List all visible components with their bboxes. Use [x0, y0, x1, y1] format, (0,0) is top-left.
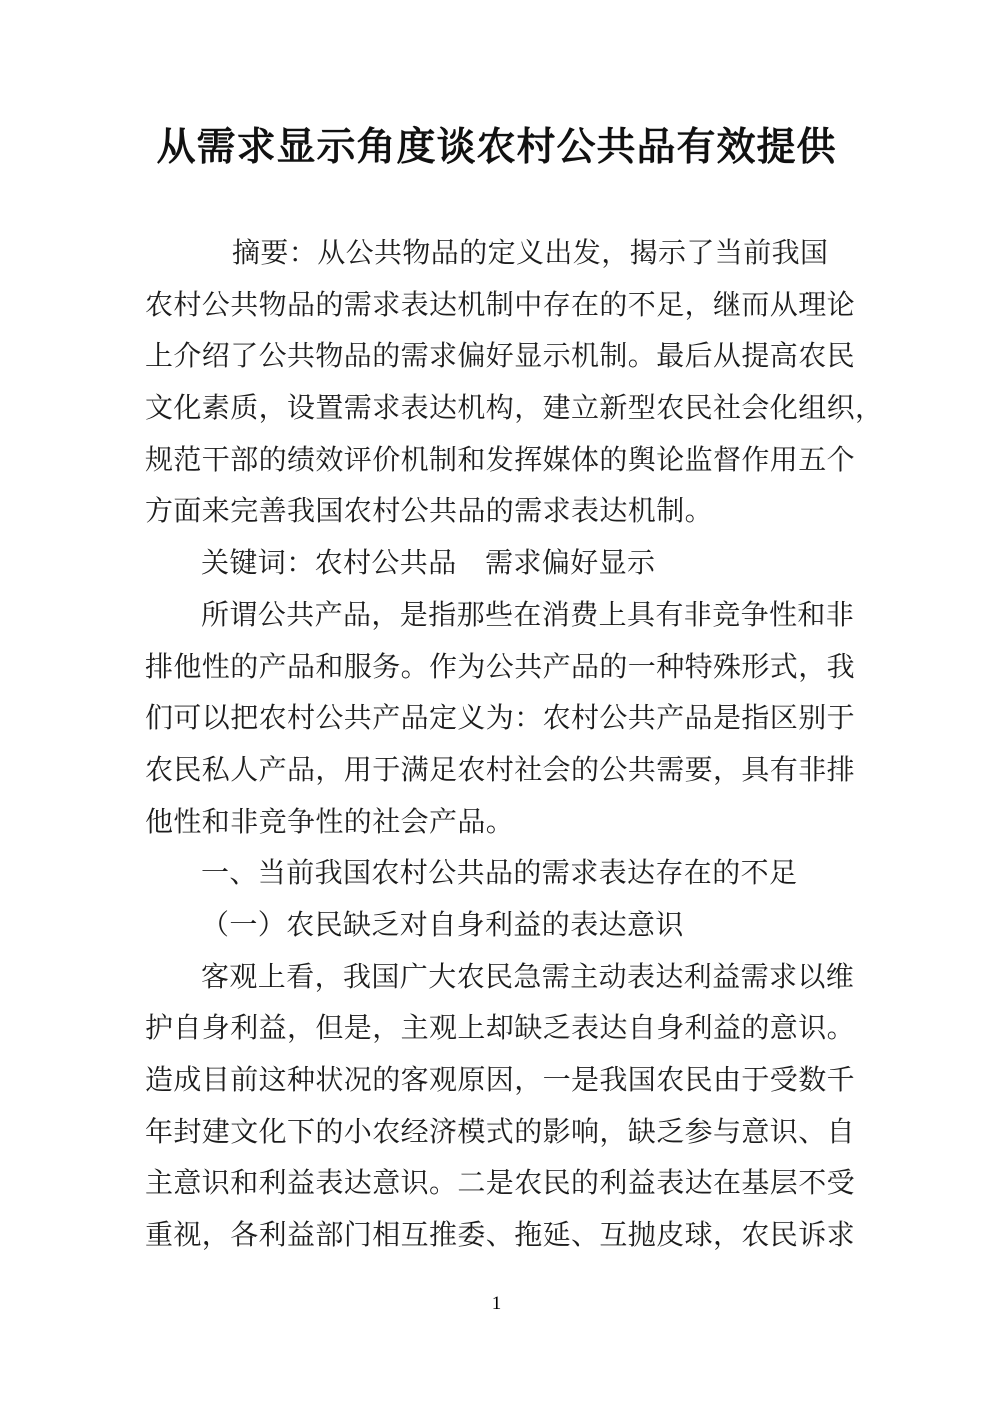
abstract-line: 上介绍了公共物品的需求偏好显示机制。最后从提高农民 — [145, 331, 857, 383]
paragraph-keywords: 关键词：农村公共品 需求偏好显示 — [145, 538, 857, 590]
section-heading-1: 一、当前我国农村公共品的需求表达存在的不足 — [145, 848, 857, 900]
body-line: 排他性的产品和服务。作为公共产品的一种特殊形式，我 — [145, 642, 857, 694]
abstract-line: 农村公共物品的需求表达机制中存在的不足，继而从理论 — [145, 280, 857, 332]
abstract-line: 文化素质，设置需求表达机构，建立新型农民社会化组织， — [145, 383, 857, 435]
document-page: 从需求显示角度谈农村公共品有效提供 摘要：从公共物品的定义出发，揭示了当前我国 … — [0, 0, 993, 1404]
document-title: 从需求显示角度谈农村公共品有效提供 — [0, 116, 993, 172]
body-line: 们可以把农村公共产品定义为：农村公共产品是指区别于 — [145, 693, 857, 745]
keywords-line: 关键词：农村公共品 需求偏好显示 — [145, 538, 857, 590]
abstract-line: 摘要：从公共物品的定义出发，揭示了当前我国 — [145, 228, 857, 280]
paragraph-body-1: 客观上看，我国广大农民急需主动表达利益需求以维 护自身利益，但是，主观上却缺乏表… — [145, 952, 857, 1262]
paragraph-intro: 所谓公共产品，是指那些在消费上具有非竞争性和非 排他性的产品和服务。作为公共产品… — [145, 590, 857, 848]
body-line: 护自身利益，但是，主观上却缺乏表达自身利益的意识。 — [145, 1003, 857, 1055]
body-line: 所谓公共产品，是指那些在消费上具有非竞争性和非 — [145, 590, 857, 642]
body-line: 农民私人产品，用于满足农村社会的公共需要，具有非排 — [145, 745, 857, 797]
body-line: 重视，各利益部门相互推委、拖延、互抛皮球，农民诉求 — [145, 1210, 857, 1262]
paragraph-abstract: 摘要：从公共物品的定义出发，揭示了当前我国 农村公共物品的需求表达机制中存在的不… — [145, 228, 857, 538]
page-number: 1 — [0, 1293, 993, 1315]
document-body: 摘要：从公共物品的定义出发，揭示了当前我国 农村公共物品的需求表达机制中存在的不… — [145, 228, 857, 1262]
body-line: 年封建文化下的小农经济模式的影响，缺乏参与意识、自 — [145, 1107, 857, 1159]
body-line: 主意识和利益表达意识。二是农民的利益表达在基层不受 — [145, 1158, 857, 1210]
body-line: 客观上看，我国广大农民急需主动表达利益需求以维 — [145, 952, 857, 1004]
abstract-line: 方面来完善我国农村公共品的需求表达机制。 — [145, 486, 857, 538]
heading-line: （一）农民缺乏对自身利益的表达意识 — [145, 900, 857, 952]
heading-line: 一、当前我国农村公共品的需求表达存在的不足 — [145, 848, 857, 900]
section-heading-1-1: （一）农民缺乏对自身利益的表达意识 — [145, 900, 857, 952]
abstract-line: 规范干部的绩效评价机制和发挥媒体的舆论监督作用五个 — [145, 435, 857, 487]
body-line: 造成目前这种状况的客观原因，一是我国农民由于受数千 — [145, 1055, 857, 1107]
body-line: 他性和非竞争性的社会产品。 — [145, 797, 857, 849]
